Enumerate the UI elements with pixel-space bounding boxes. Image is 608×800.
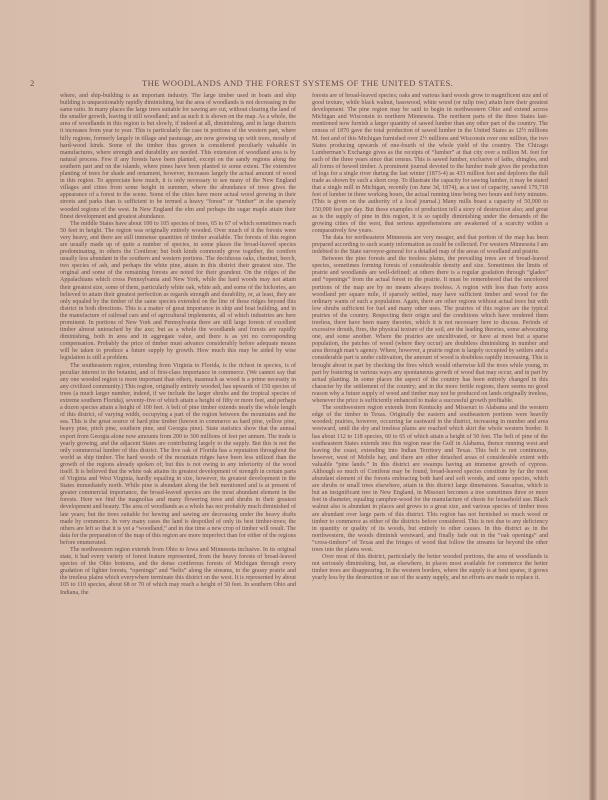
paragraph: The southeastern region, extending from … bbox=[60, 363, 296, 547]
paragraph: where, and ship-building is an important… bbox=[60, 93, 296, 221]
page-number: 2 bbox=[30, 78, 35, 88]
paragraph: Over most of this district, particularly… bbox=[312, 554, 548, 582]
paragraph: The northwestern region extends from Ohi… bbox=[60, 547, 296, 597]
book-page: 2 THE WOODLANDS AND THE FOREST SYSTEMS O… bbox=[0, 0, 608, 800]
paragraph: The middle States have about 100 to 105 … bbox=[60, 221, 296, 363]
right-column: forests are of broad-leaved species; oak… bbox=[312, 93, 548, 582]
book-spine-shadow bbox=[589, 0, 597, 800]
paragraph: Between the pine forests and the treeles… bbox=[312, 256, 548, 405]
left-column: where, and ship-building is an important… bbox=[60, 93, 296, 597]
paragraph: The data for northeastern Minnesota are … bbox=[312, 235, 548, 256]
running-title: THE WOODLANDS AND THE FOREST SYSTEMS OF … bbox=[142, 78, 453, 88]
paragraph: forests are of broad-leaved species; oak… bbox=[312, 93, 548, 235]
next-page-edge bbox=[597, 0, 608, 800]
page-header: 2 THE WOODLANDS AND THE FOREST SYSTEMS O… bbox=[30, 78, 580, 90]
paragraph: The southwestern region extends from Ken… bbox=[312, 405, 548, 554]
